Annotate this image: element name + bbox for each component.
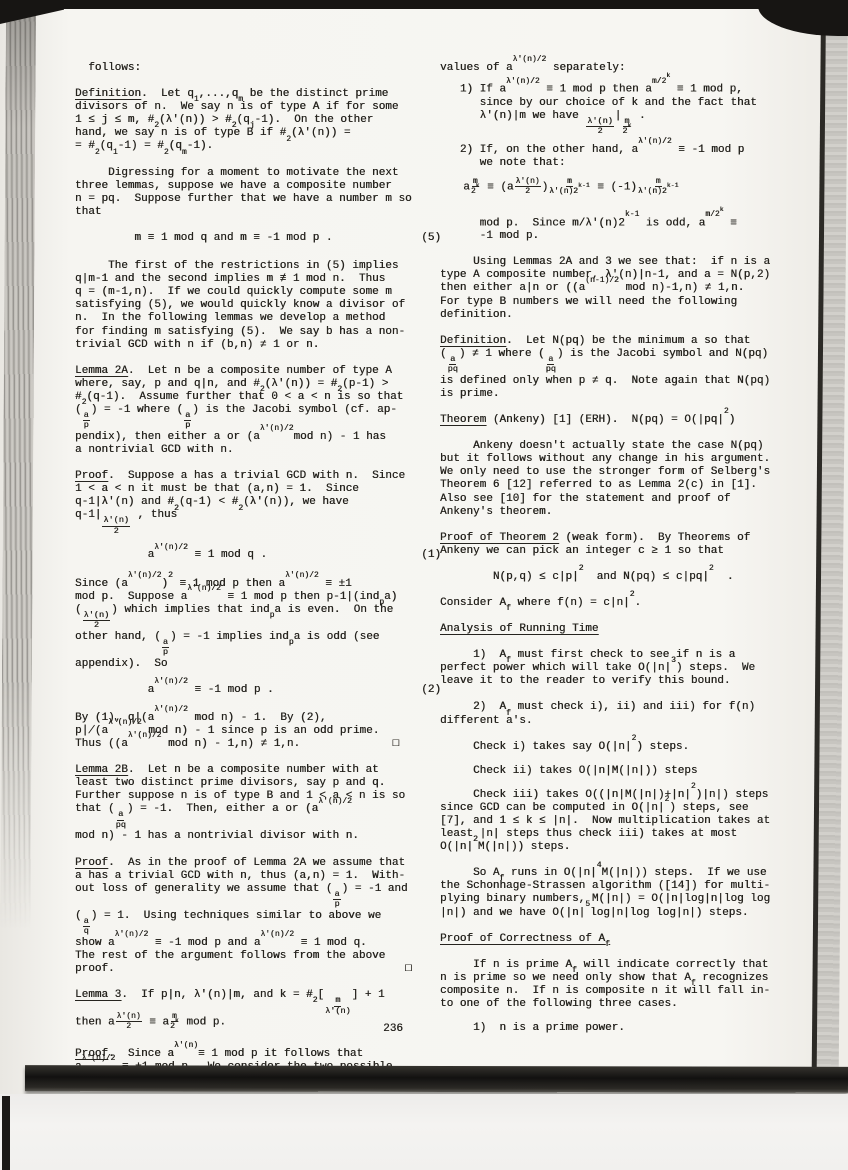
restrictions-para: The first of the restrictions in (5) imp… xyxy=(75,260,441,352)
running-step-2: 2) Af must check i), ii) and iii) for f(… xyxy=(440,701,800,727)
equation-number: (1) xyxy=(421,549,441,562)
scan-background-below xyxy=(0,1094,848,1170)
page-edge-right xyxy=(812,7,848,1069)
equation-2: aλ'(n)/2 ≡ -1 mod p .(2) xyxy=(75,684,441,697)
intro-follows: follows: xyxy=(75,62,441,75)
correctness-para: If n is prime Af will indicate correctly… xyxy=(440,959,800,1011)
check-iii: Check iii) takes O((|n|M(|n|)+|n|2)|n|) … xyxy=(440,789,800,854)
equation-npq-bounds: N(p,q) ≤ c|p|2 and N(pq) ≤ c|pq|2 . xyxy=(440,571,800,584)
case-prime-power: 1) n is a prime power. xyxy=(440,1022,800,1035)
proof-lemma-2b: Proof. As in the proof of Lemma 2A we as… xyxy=(75,857,441,976)
scan-top-edge xyxy=(0,0,848,9)
theorem-ankeny: Theorem (Ankeny) [1] (ERH). N(pq) = O(|p… xyxy=(440,414,800,427)
equation-number: (2) xyxy=(421,684,441,697)
proof-lemma-2a: Proof. Suppose a has a trivial GCD with … xyxy=(75,470,441,536)
check-i: Check i) takes say O(|n|2) steps. xyxy=(440,741,800,754)
scan-bottom-edge xyxy=(25,1065,848,1093)
running-summary: So Af runs in O(|n|4M(|n|)) steps. If we… xyxy=(440,867,800,919)
case-2-continued: mod p. Since m/λ'(n)2k-1 is odd, am/2k ≡… xyxy=(440,216,800,244)
lemma-2a: Lemma 2A. Let n be a composite number of… xyxy=(75,365,441,457)
definition-npq: Definition. Let N(pq) be the minimum a s… xyxy=(440,335,800,401)
case-2-item: 2) If, on the other hand, aλ'(n)/2 ≡ -1 … xyxy=(440,144,800,170)
equation-5: m ≡ 1 mod q and m ≡ -1 mod p .(5) xyxy=(75,232,441,245)
scan-bottom-left-edge xyxy=(2,1096,10,1170)
running-step-1: 1) Af must first check to see if n is a … xyxy=(440,649,800,688)
correctness-heading: Proof of Correctness of Af xyxy=(440,933,800,946)
consider-af: Consider Af where f(n) = c|n|2. xyxy=(440,597,800,610)
left-column: follows:Definition. Let q1,...,qm be the… xyxy=(75,62,441,1087)
lemma-2b: Lemma 2B. Let n be a composite number wi… xyxy=(75,764,441,843)
binding-texture-left xyxy=(0,8,36,948)
big-equation: am2k ≡ (aλ'(n)2)mλ'(n)2k-1 ≡ (-1)mλ'(n)2… xyxy=(440,181,800,200)
proof-theorem-2: Proof of Theorem 2 (weak form). By Theor… xyxy=(440,532,800,558)
check-ii: Check ii) takes O(|n|M(|n|)) steps xyxy=(440,765,800,778)
page-number: 236 xyxy=(338,1023,448,1036)
digressing: Digressing for a moment to motivate the … xyxy=(75,167,441,219)
proof-2a-continued: Since (aλ'(n)/2)2 ≡ 1 mod p then aλ'(n)/… xyxy=(75,578,441,671)
using-lemmas: Using Lemmas 2A and 3 we see that: if n … xyxy=(440,256,800,321)
scanned-paper-page: follows:Definition. Let q1,...,qm be the… xyxy=(0,0,848,1170)
ankeny-note: Ankeny doesn't actually state the case N… xyxy=(440,440,800,519)
values-separately: values of aλ'(n)/2 separately: xyxy=(440,62,800,75)
scan-top-right-corner xyxy=(758,0,848,36)
right-column: values of aλ'(n)/2 separately: 1) If aλ'… xyxy=(440,62,800,1048)
definition-type-ab: Definition. Let q1,...,qm be the distinc… xyxy=(75,88,441,153)
case-1-item: 1) If aλ'(n)/2 ≡ 1 mod p then am/2k ≡ 1 … xyxy=(440,82,800,137)
analysis-heading: Analysis of Running Time xyxy=(440,623,800,636)
equation-1: aλ'(n)/2 ≡ 1 mod q .(1) xyxy=(75,549,441,562)
proof-2a-end: By (1), q|(aλ'(n)/2 mod n) - 1. By (2), … xyxy=(75,712,441,751)
equation-number: (5) xyxy=(421,232,441,245)
